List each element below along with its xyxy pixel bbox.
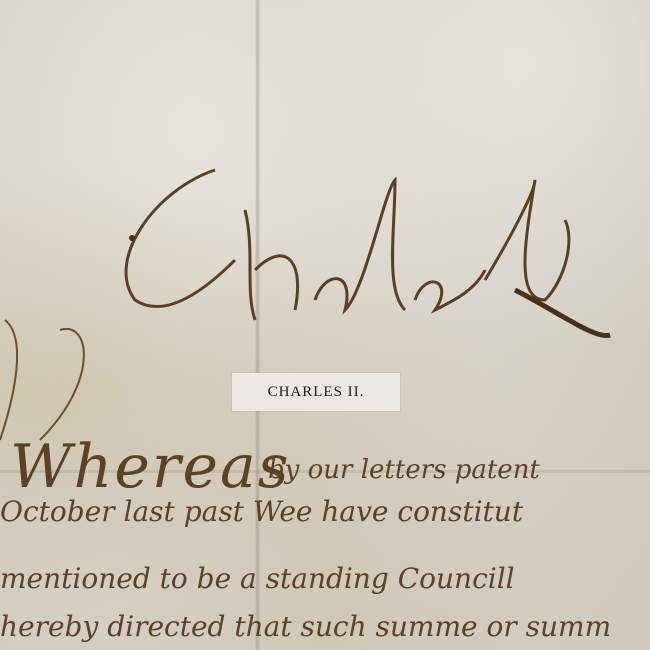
manuscript-line-whereas: Whereas (10, 432, 291, 502)
document-label: CHARLES II. (232, 373, 400, 411)
manuscript-line-4: hereby directed that such summe or summ (0, 610, 611, 643)
manuscript-line-3: mentioned to be a standing Councill (0, 562, 515, 595)
royal-signature (95, 150, 615, 350)
manuscript-line-2: October last past Wee have constitut (0, 495, 523, 528)
manuscript-line-1: by our letters patent (268, 455, 540, 485)
